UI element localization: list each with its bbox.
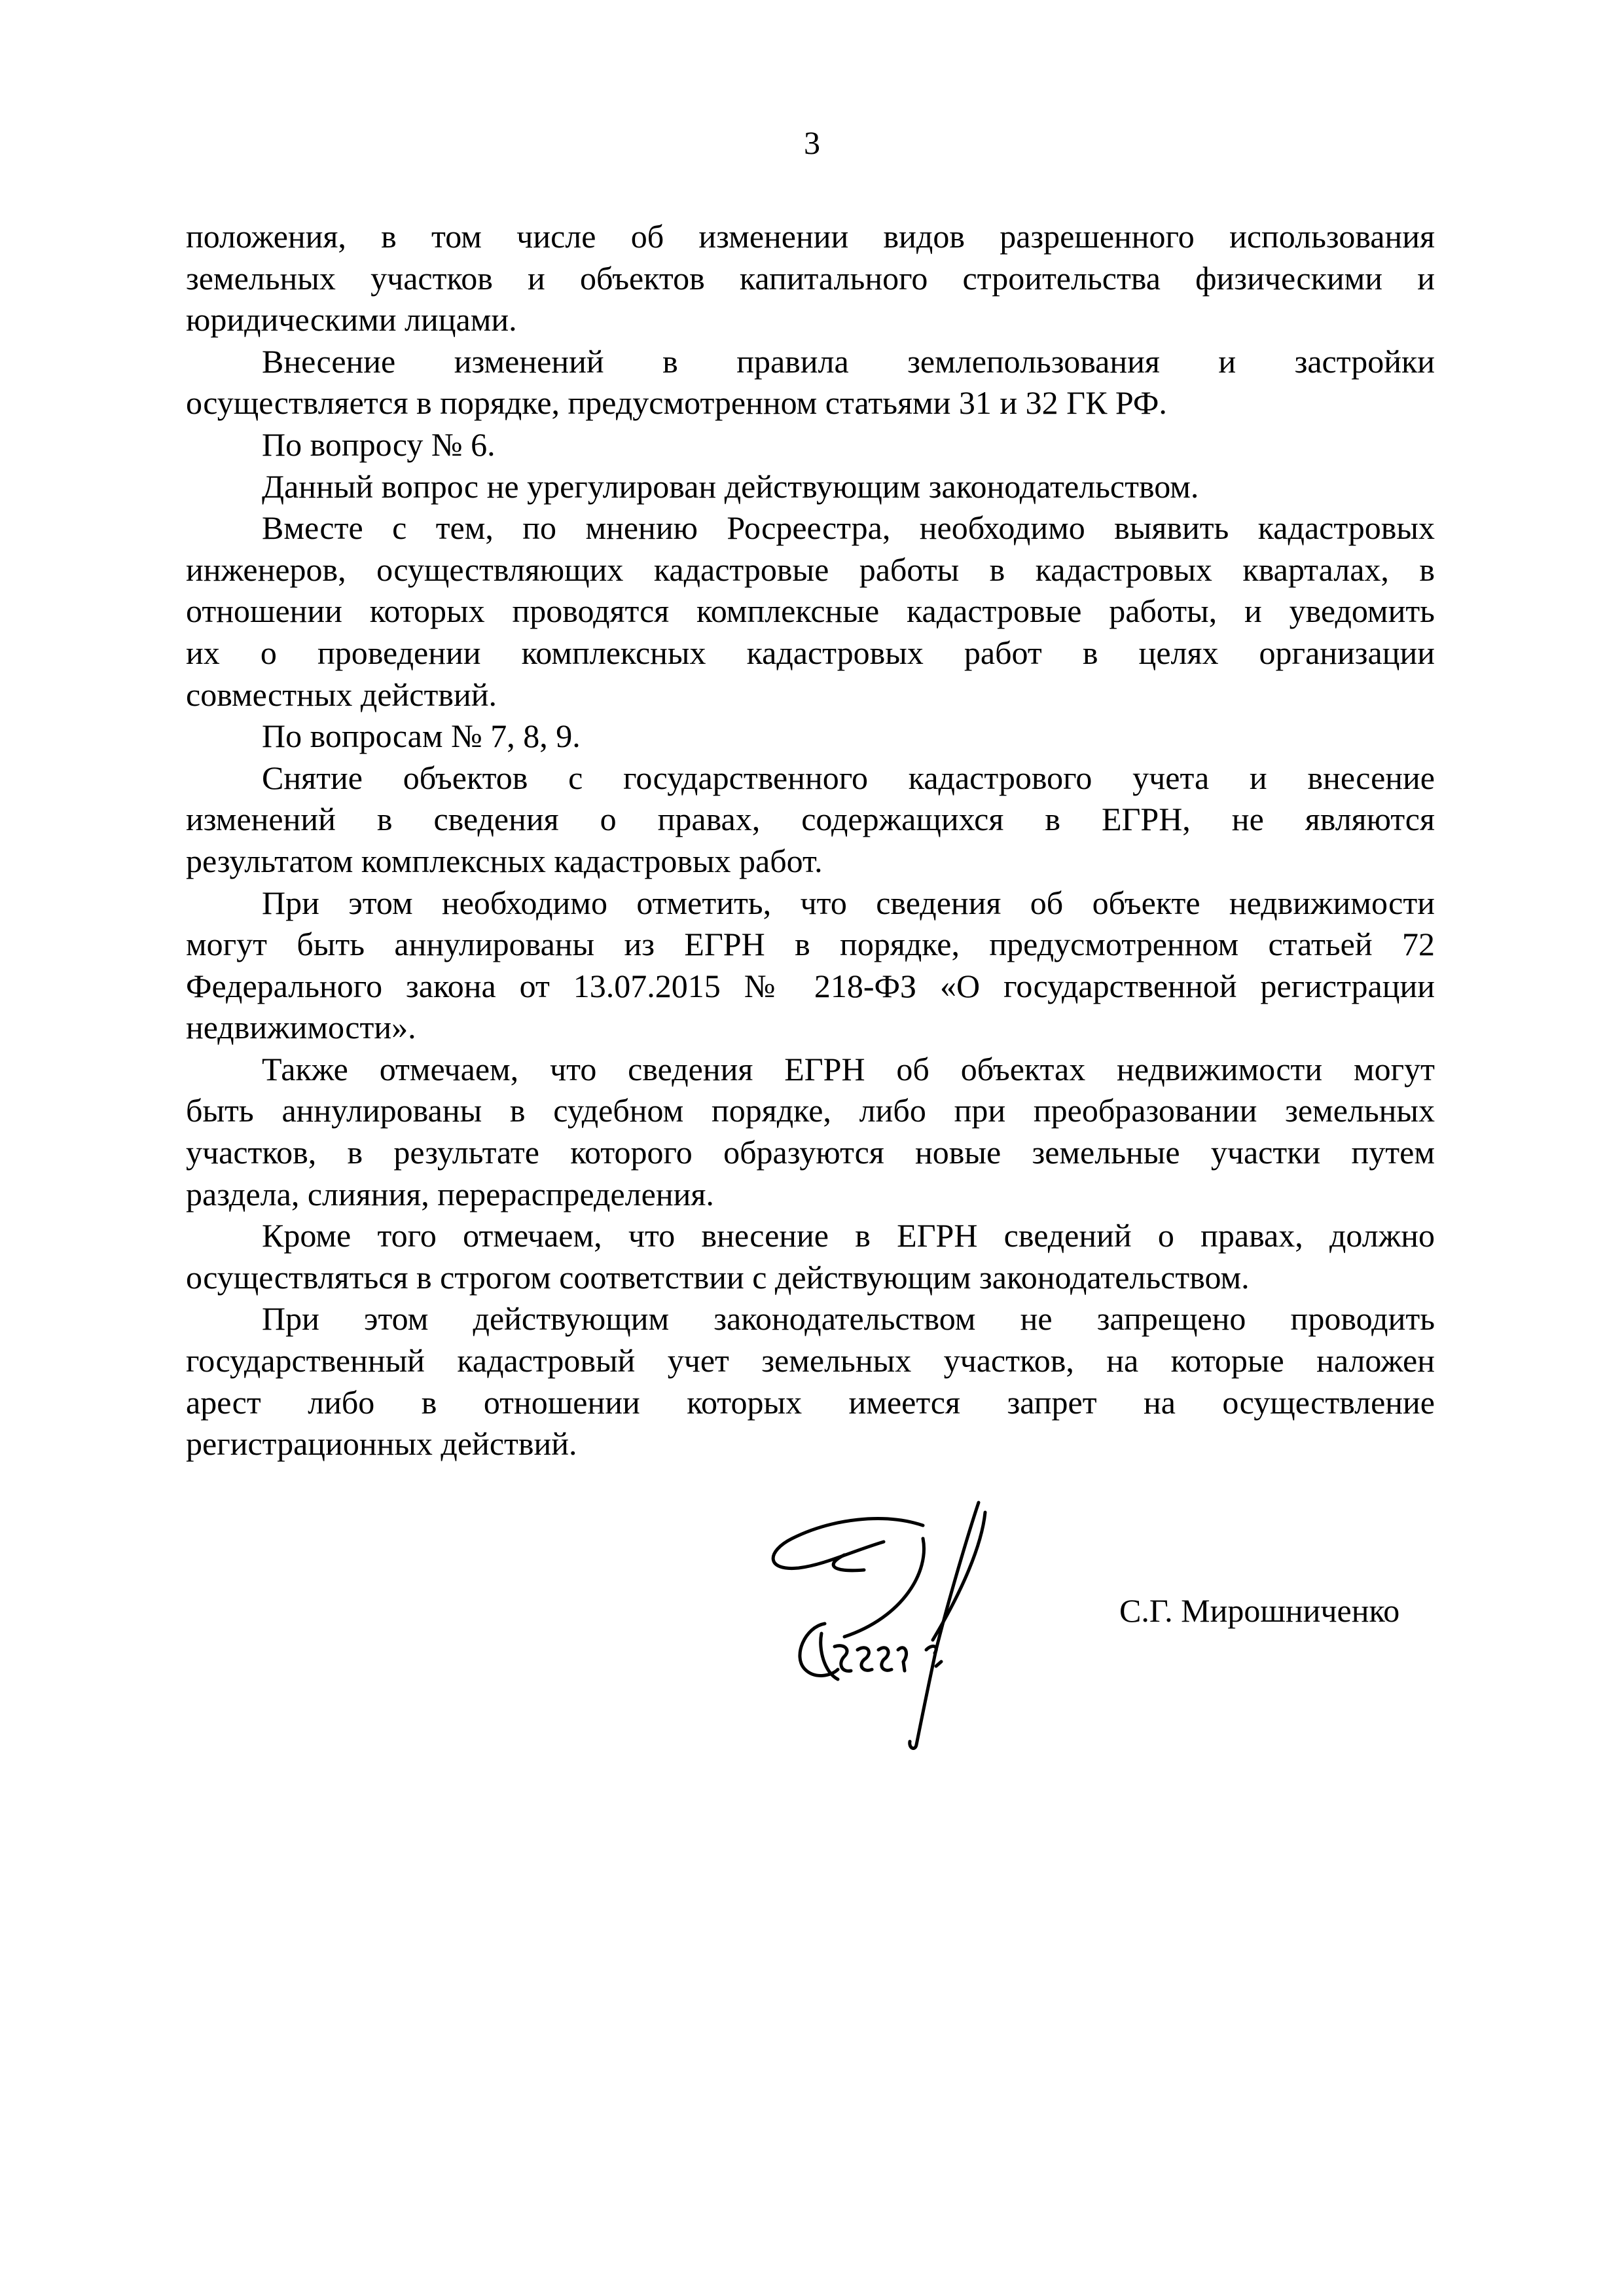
text-line: осуществляется в порядке, предусмотренно… xyxy=(186,382,1435,424)
text-line: При этом необходимо отметить, что сведен… xyxy=(186,883,1435,924)
text-line: изменений в сведения о правах, содержащи… xyxy=(186,799,1435,841)
text-line: результатом комплексных кадастровых рабо… xyxy=(186,841,1435,883)
text-line: При этом действующим законодательством н… xyxy=(186,1298,1435,1340)
paragraph: положения, в том числе об изменении видо… xyxy=(186,216,1435,341)
paragraph: Кроме того отмечаем, что внесение в ЕГРН… xyxy=(186,1215,1435,1298)
text-line: государственный кадастровый учет земельн… xyxy=(186,1340,1435,1382)
text-line: быть аннулированы в судебном порядке, ли… xyxy=(186,1090,1435,1132)
text-line: регистрационных действий. xyxy=(186,1423,1435,1465)
text-line: Также отмечаем, что сведения ЕГРН об объ… xyxy=(186,1049,1435,1091)
handwritten-signature-icon xyxy=(753,1486,1093,1768)
paragraph: Также отмечаем, что сведения ЕГРН об объ… xyxy=(186,1049,1435,1215)
text-line: положения, в том числе об изменении видо… xyxy=(186,216,1435,258)
text-line: Снятие объектов с государственного кадас… xyxy=(186,757,1435,799)
text-line: совместных действий. xyxy=(186,674,1435,716)
text-line: По вопросам № 7, 8, 9. xyxy=(186,716,1435,757)
text-line: могут быть аннулированы из ЕГРН в порядк… xyxy=(186,924,1435,966)
text-line: Федерального закона от 13.07.2015 № 218-… xyxy=(186,966,1435,1008)
text-line: инженеров, осуществляющих кадастровые ра… xyxy=(186,549,1435,591)
text-line: раздела, слияния, перераспределения. xyxy=(186,1174,1435,1216)
paragraph: При этом необходимо отметить, что сведен… xyxy=(186,883,1435,1049)
text-line: участков, в результате которого образуют… xyxy=(186,1132,1435,1174)
paragraph: При этом действующим законодательством н… xyxy=(186,1298,1435,1465)
text-line: отношении которых проводятся комплексные… xyxy=(186,591,1435,632)
question-heading: По вопросу № 6. xyxy=(186,424,1435,466)
text-line: земельных участков и объектов капитально… xyxy=(186,258,1435,300)
text-line: их о проведении комплексных кадастровых … xyxy=(186,632,1435,674)
text-line: Внесение изменений в правила землепользо… xyxy=(186,341,1435,383)
text-line: Данный вопрос не урегулирован действующи… xyxy=(186,466,1435,508)
paragraph: Снятие объектов с государственного кадас… xyxy=(186,757,1435,883)
question-heading: По вопросам № 7, 8, 9. xyxy=(186,716,1435,757)
page-number: 3 xyxy=(0,123,1624,162)
paragraph: Данный вопрос не урегулирован действующи… xyxy=(186,466,1435,508)
text-line: По вопросу № 6. xyxy=(186,424,1435,466)
paragraph: Вместе с тем, по мнению Росреестра, необ… xyxy=(186,507,1435,716)
text-line: недвижимости». xyxy=(186,1007,1435,1049)
text-line: Кроме того отмечаем, что внесение в ЕГРН… xyxy=(186,1215,1435,1257)
text-line: юридическими лицами. xyxy=(186,299,1435,341)
letter-body: положения, в том числе об изменении видо… xyxy=(186,216,1435,1465)
paragraph: Внесение изменений в правила землепользо… xyxy=(186,341,1435,424)
signer-name: С.Г. Мирошниченко xyxy=(1119,1591,1399,1630)
text-line: арест либо в отношении которых имеется з… xyxy=(186,1382,1435,1424)
text-line: Вместе с тем, по мнению Росреестра, необ… xyxy=(186,507,1435,549)
text-line: осуществляться в строгом соответствии с … xyxy=(186,1257,1435,1299)
